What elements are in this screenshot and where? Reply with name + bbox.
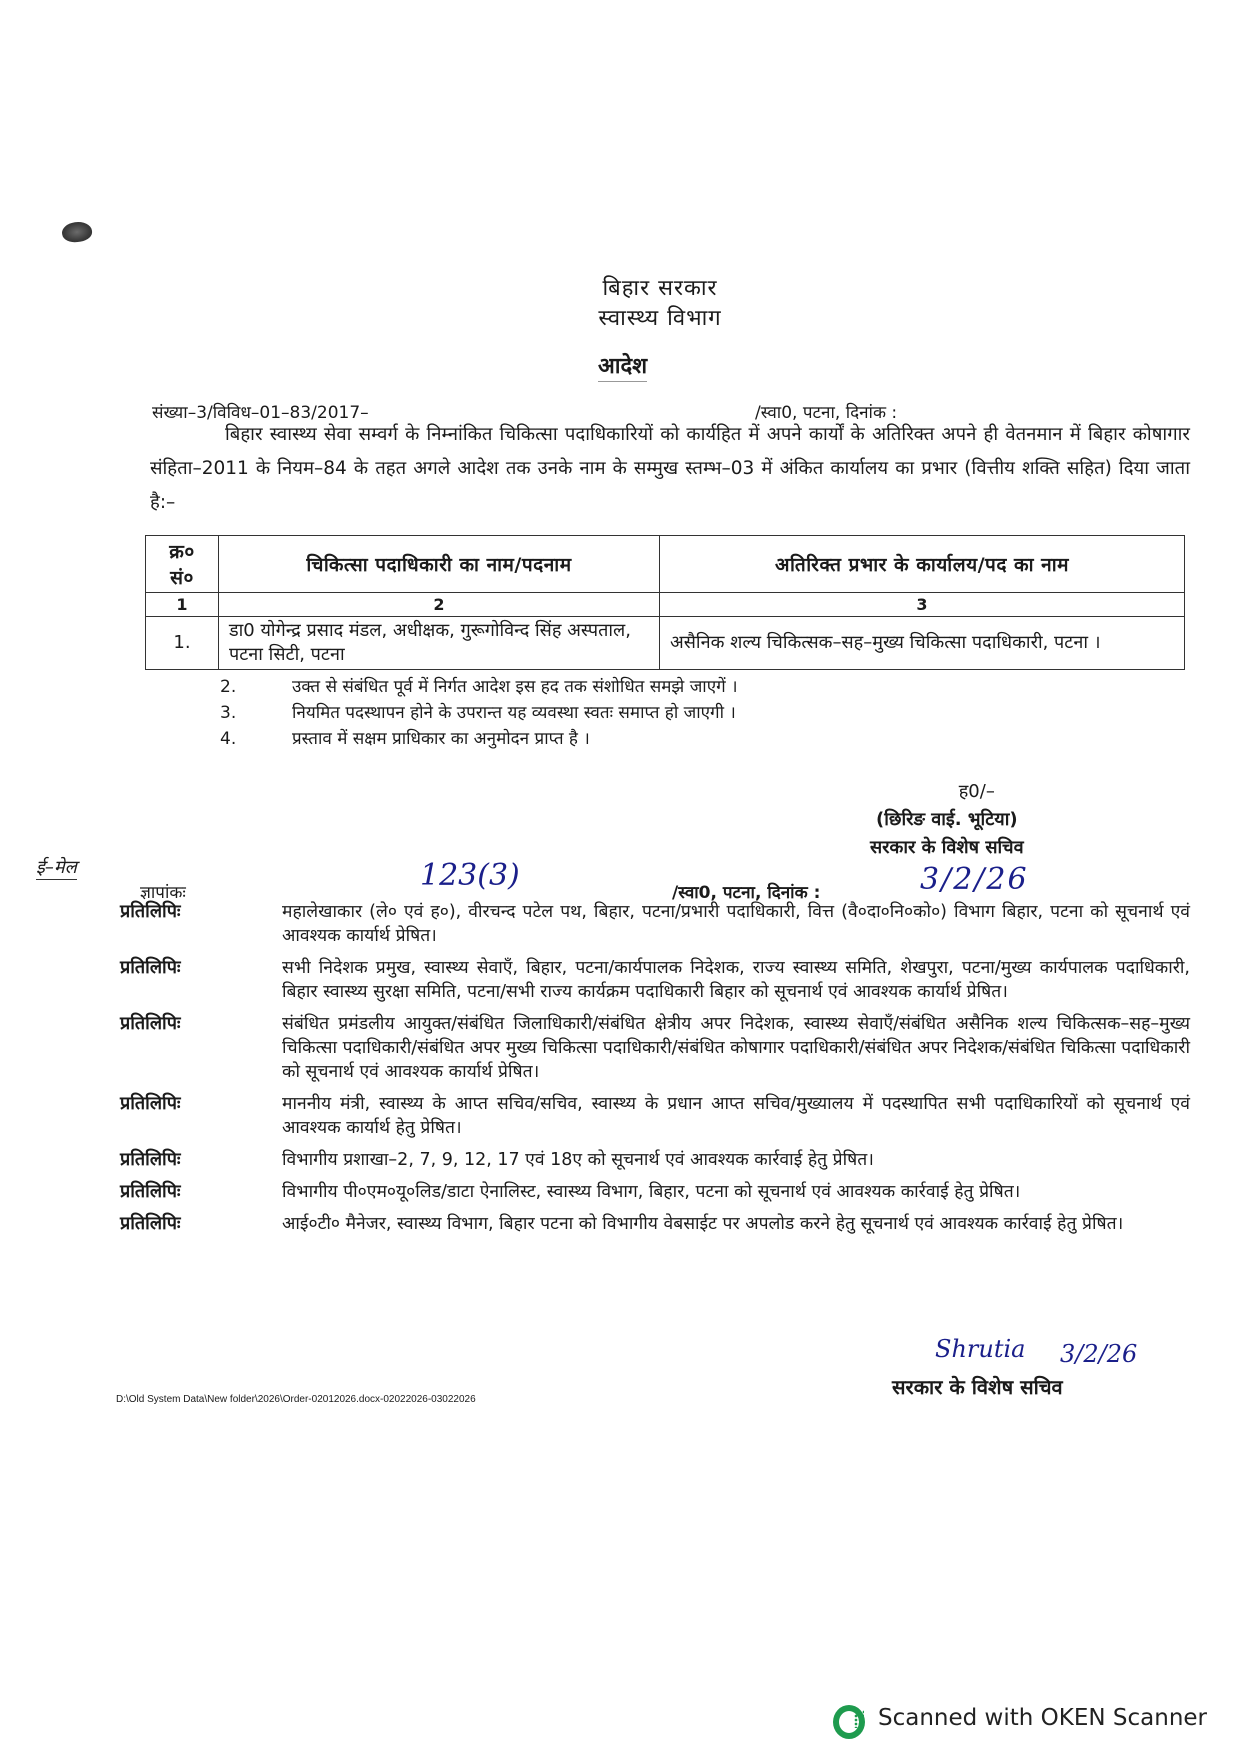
table-header-additional-charge: अतिरिक्त प्रभार के कार्यालय/पद का नाम [660,536,1185,593]
handwritten-signature-date: 3/2/26 [1060,1340,1137,1368]
table-header-row: क्र० सं० चिकित्सा पदाधिकारी का नाम/पदनाम… [146,536,1185,593]
copy-item: प्रतिलिपिःमाननीय मंत्री, स्वास्थ्य के आप… [120,1092,1190,1140]
scanner-watermark-text: Scanned with OKEN Scanner [878,1705,1207,1731]
memo-date-handwritten: 3/2/26 [920,862,1029,897]
copy-item: प्रतिलिपिःसभी निदेशक प्रमुख, स्वास्थ्य स… [120,956,1190,1004]
email-label: ई–मेल [36,855,77,880]
copy-distribution-list: प्रतिलिपिःमहालेखाकार (ले० एवं ह०), वीरचन… [120,900,1190,1244]
memo-number-handwritten: 123(3) [420,858,520,893]
point-item: 3.नियमित पदस्थापन होने के उपरान्त यह व्य… [220,700,738,726]
row-serial: 1. [146,617,219,670]
copy-item: प्रतिलिपिःआई०टी० मैनेजर, स्वास्थ्य विभाग… [120,1212,1190,1236]
column-number: 1 [146,593,219,617]
signed-mark: ह0/– [870,778,1024,806]
file-path: D:\Old System Data\New folder\2026\Order… [116,1394,476,1405]
copy-item: प्रतिलिपिःविभागीय प्रशाखा–2, 7, 9, 12, 1… [120,1148,1190,1172]
final-signatory-designation: सरकार के विशेष सचिव [892,1373,1063,1400]
signatory-block: ह0/– (छिरिङ वाई. भूटिया) सरकार के विशेष … [870,778,1024,862]
signatory-name: (छिरिङ वाई. भूटिया) [870,806,1024,834]
government-heading: बिहार सरकार [0,272,1240,302]
point-item: 4.प्रस्ताव में सक्षम प्राधिकार का अनुमोद… [220,726,738,752]
row-additional-charge: असैनिक शल्य चिकित्सक–सह–मुख्य चिकित्सा प… [660,617,1185,670]
scanner-watermark: Scanned with OKEN Scanner [830,1700,1207,1736]
point-item: 2.उक्त से संबंधित पूर्व में निर्गत आदेश … [220,674,738,700]
copy-item: प्रतिलिपिःसंबंधित प्रमंडलीय आयुक्त/संबंध… [120,1012,1190,1084]
signatory-designation: सरकार के विशेष सचिव [870,834,1024,862]
column-number: 2 [219,593,660,617]
order-table: क्र० सं० चिकित्सा पदाधिकारी का नाम/पदनाम… [145,535,1185,670]
column-number: 3 [660,593,1185,617]
punch-hole-mark [61,220,93,244]
oken-scanner-logo-icon [830,1700,866,1736]
copy-item: प्रतिलिपिःविभागीय पी०एम०यू०लिड/डाटा ऐनाल… [120,1180,1190,1204]
handwritten-signature: Shrutia [935,1335,1025,1363]
table-column-number-row: 1 2 3 [146,593,1185,617]
copy-item: प्रतिलिपिःमहालेखाकार (ले० एवं ह०), वीरचन… [120,900,1190,948]
table-header-officer: चिकित्सा पदाधिकारी का नाम/पदनाम [219,536,660,593]
order-title: आदेश [598,350,647,382]
body-paragraph: बिहार स्वास्थ्य सेवा सम्वर्ग के निम्नांक… [150,418,1190,520]
row-officer: डा0 योगेन्द्र प्रसाद मंडल, अधीक्षक, गुरू… [219,617,660,670]
table-row: 1. डा0 योगेन्द्र प्रसाद मंडल, अधीक्षक, ग… [146,617,1185,670]
department-heading: स्वास्थ्य विभाग [0,302,1240,332]
order-points: 2.उक्त से संबंधित पूर्व में निर्गत आदेश … [220,674,738,752]
table-header-serial: क्र० सं० [146,536,219,593]
